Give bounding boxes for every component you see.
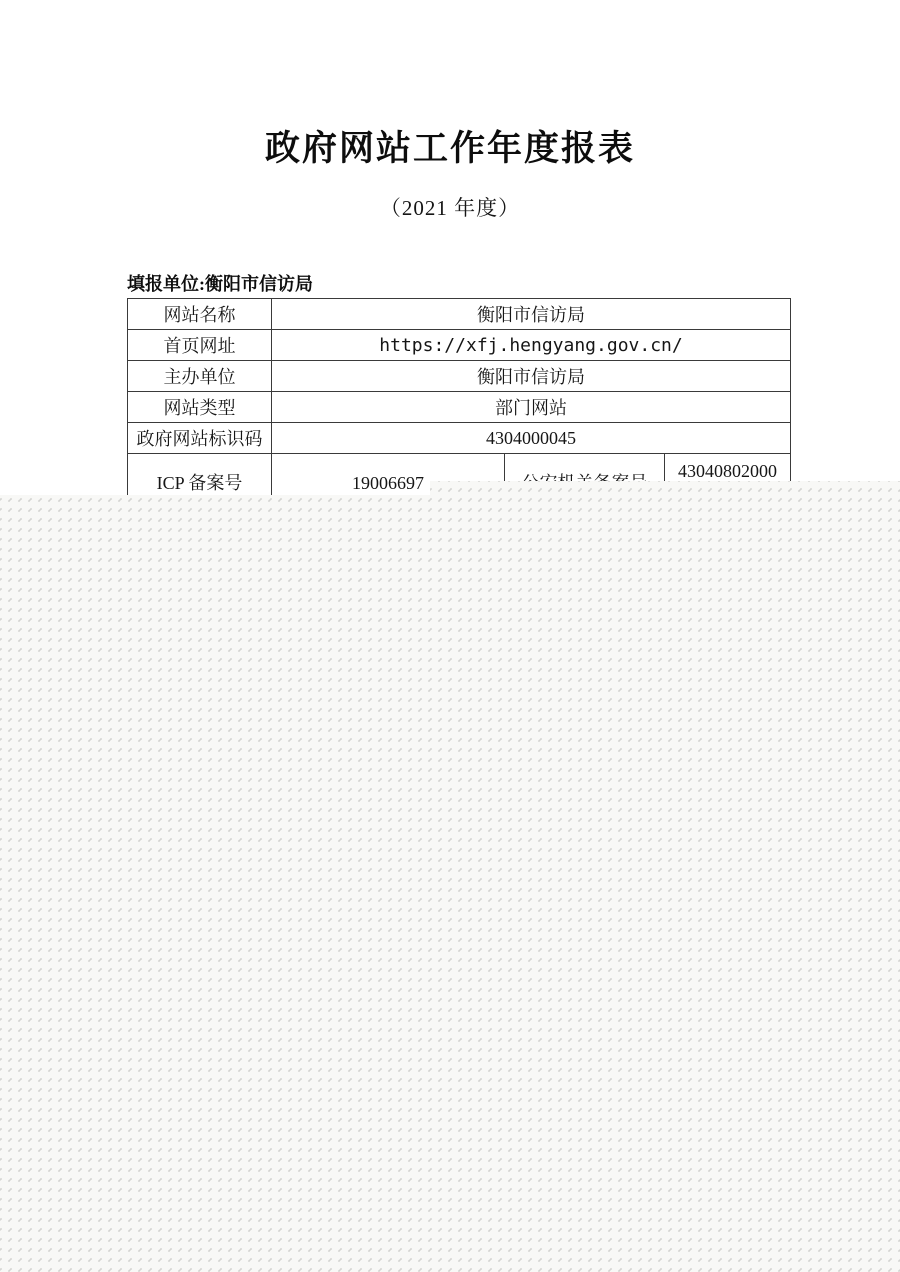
- row-value: 部门网站: [272, 392, 791, 423]
- table-row-site-id-code: 政府网站标识码 4304000045: [128, 423, 791, 454]
- table-row-site-name: 网站名称 衡阳市信访局: [128, 299, 791, 330]
- row-label: 政府网站标识码: [128, 423, 272, 454]
- row-label: 主办单位: [128, 361, 272, 392]
- table-row-site-type: 网站类型 部门网站: [128, 392, 791, 423]
- row-label: 网站类型: [128, 392, 272, 423]
- table-row-homepage-url: 首页网址 https://xfj.hengyang.gov.cn/: [128, 330, 791, 361]
- table-row-icp-filing: ICP 备案号 19006697 公安机关备案号 43040802000: [128, 454, 791, 514]
- row-value-url: https://xfj.hengyang.gov.cn/: [272, 330, 791, 361]
- psb-filing-value: 43040802000: [665, 454, 791, 514]
- reporting-unit-label: 填报单位:衡阳市信访局: [127, 270, 313, 296]
- row-value: 4304000045: [272, 423, 791, 454]
- viewer-background: 政府网站工作年度报表 （2021 年度） 填报单位:衡阳市信访局 网站名称 衡阳…: [0, 0, 900, 1272]
- table-row-host-unit: 主办单位 衡阳市信访局: [128, 361, 791, 392]
- document-page: 政府网站工作年度报表 （2021 年度） 填报单位:衡阳市信访局 网站名称 衡阳…: [0, 0, 900, 520]
- row-label: 网站名称: [128, 299, 272, 330]
- website-info-table: 网站名称 衡阳市信访局 首页网址 https://xfj.hengyang.go…: [127, 298, 791, 514]
- row-value: 衡阳市信访局: [272, 361, 791, 392]
- row-label: 首页网址: [128, 330, 272, 361]
- page-title: 政府网站工作年度报表: [0, 121, 900, 171]
- icp-value: 19006697: [272, 454, 505, 514]
- icp-label: ICP 备案号: [128, 454, 272, 514]
- psb-filing-label: 公安机关备案号: [505, 454, 665, 514]
- row-value: 衡阳市信访局: [272, 299, 791, 330]
- page-subtitle: （2021 年度）: [0, 192, 900, 222]
